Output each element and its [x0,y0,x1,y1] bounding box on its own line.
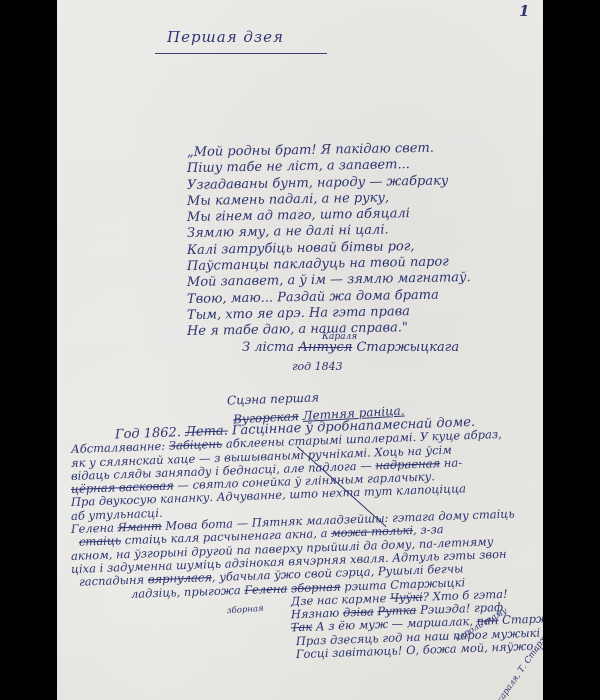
manuscript-page: 1 Першая дзея „Мой родны брат! Я пакідаю… [57,0,543,700]
page-number: 1 [519,2,529,20]
attribution-struck-name: Антуся [298,340,352,355]
attribution-year: год 1843 [292,360,343,373]
scan-left-border [0,0,57,700]
scan-right-border [543,0,600,700]
attribution-correction: Караля [322,332,357,342]
epigraph-attribution: З ліста Антуся Старжыцкага [242,340,459,355]
scene-title: Сцэна першая [227,390,320,407]
page-title: Першая дзея [167,28,284,46]
title-underline [155,53,327,54]
attribution-prefix: З ліста [242,340,294,355]
epigraph-poem: „Мой родны брат! Я пакідаю свет. Пішу та… [187,145,477,341]
attribution-surname: Старжыцкага [356,340,459,355]
